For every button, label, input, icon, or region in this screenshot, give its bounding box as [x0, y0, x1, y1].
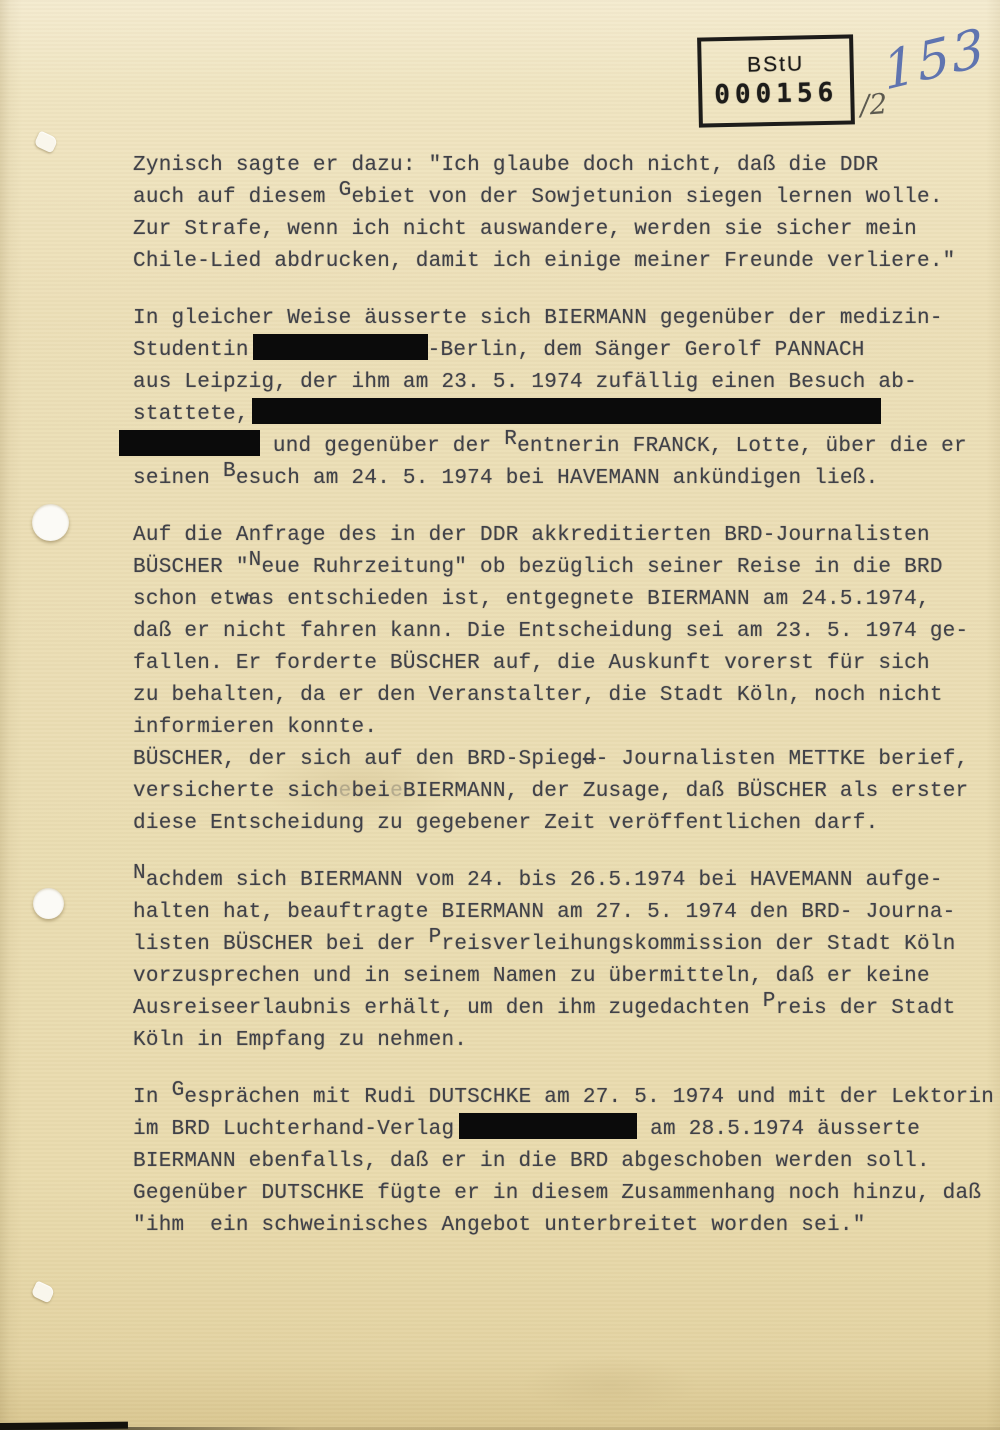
raised-letter: P [763, 990, 776, 1013]
text-line: diese Entscheidung zu gegebener Zeit ver… [133, 808, 995, 840]
text-line: Chile-Lied abdrucken, damit ich einige m… [133, 246, 995, 278]
punch-hole [32, 504, 69, 541]
staple-mark [34, 131, 59, 154]
raised-letter: G [172, 1079, 185, 1102]
text-line: im BRD Luchterhand-Verlag am 28.5.1974 ä… [133, 1114, 995, 1146]
text-line: daß er nicht fahren kann. Die Entscheidu… [133, 616, 995, 648]
text-line: In gleicher Weise äusserte sich BIERMANN… [133, 303, 995, 335]
text-line: Zynisch sagte er dazu: "Ich glaube doch … [133, 150, 995, 182]
text-line: seinen Besuch am 24. 5. 1974 bei HAVEMAN… [133, 463, 995, 495]
paragraph: In gleicher Weise äusserte sich BIERMANN… [133, 303, 995, 495]
staple-mark [31, 1281, 56, 1304]
raised-letter: R [504, 428, 517, 451]
text-line: informieren konnte. [133, 712, 995, 744]
erased-ghost-letter: e [390, 780, 403, 803]
stamp-number: 000156 [714, 78, 839, 111]
redaction-bar [119, 430, 260, 456]
text-line: listen BÜSCHER bei der Preisverleihungsk… [133, 929, 995, 961]
redaction-bar [253, 334, 428, 360]
paragraph: In Gesprächen mit Rudi DUTSCHKE am 27. 5… [133, 1082, 995, 1242]
scanned-page: BStU 000156 153 /2 Zynisch sagte er dazu… [0, 0, 1000, 1430]
text-line: versicherte sichebeieBIERMANN, der Zusag… [133, 776, 995, 808]
text-line: Zur Strafe, wenn ich nicht auswandere, w… [133, 214, 995, 246]
text-line: In Gesprächen mit Rudi DUTSCHKE am 27. 5… [133, 1082, 995, 1114]
paragraph: Auf die Anfrage des in der DDR akkrediti… [133, 520, 995, 840]
text-line: schon etwans entschieden ist, entgegnete… [133, 584, 995, 616]
scan-edge-corner [0, 1422, 128, 1430]
raised-letter: G [339, 179, 352, 202]
redaction-bar [459, 1113, 637, 1139]
pencil-page-number: /2 [859, 87, 888, 122]
text-line: BÜSCHER, der sich auf den BRD-Spiegd- Jo… [133, 744, 995, 776]
text-line: BIERMANN ebenfalls, daß er in die BRD ab… [133, 1146, 995, 1178]
paragraph: Zynisch sagte er dazu: "Ich glaube doch … [133, 150, 995, 278]
text-line: auch auf diesem Gebiet von der Sowjetuni… [133, 182, 995, 214]
text-line: fallen. Er forderte BÜSCHER auf, die Aus… [133, 648, 995, 680]
bstu-stamp: BStU 000156 [697, 34, 855, 127]
raised-letter: N [133, 862, 146, 885]
raised-letter: N [249, 549, 262, 572]
text-line: aus Leipzig, der ihm am 23. 5. 1974 zufä… [133, 367, 995, 399]
text-line: stattete, [133, 399, 995, 431]
text-line: Nachdem sich BIERMANN vom 24. bis 26.5.1… [133, 865, 995, 897]
text-line: halten hat, beauftragte BIERMANN am 27. … [133, 897, 995, 929]
stamp-label: BStU [747, 52, 805, 77]
text-line: BÜSCHER "Neue Ruhrzeitung" ob bezüglich … [133, 552, 995, 584]
text-line: "ihm ein schweinisches Angebot unterbrei… [133, 1210, 995, 1242]
text-line: und gegenüber der Rentnerin FRANCK, Lott… [133, 431, 995, 463]
paper-stain [520, 1355, 700, 1415]
text-line: Ausreiseerlaubnis erhält, um den ihm zug… [133, 993, 995, 1025]
raised-letter: P [429, 926, 442, 949]
handwritten-page-number: 153 [880, 17, 988, 103]
text-line: zu behalten, da er den Veranstalter, die… [133, 680, 995, 712]
erased-ghost-letter: e [339, 780, 352, 803]
text-line: Köln in Empfang zu nehmen. [133, 1025, 995, 1057]
text-line: Studentin-Berlin, dem Sänger Gerolf PANN… [133, 335, 995, 367]
document-body: Zynisch sagte er dazu: "Ich glaube doch … [133, 150, 995, 1267]
text-line: Gegenüber DUTSCHKE fügte er in diesem Zu… [133, 1178, 995, 1210]
punch-hole [33, 888, 64, 919]
raised-letter: B [223, 460, 236, 483]
paragraph: Nachdem sich BIERMANN vom 24. bis 26.5.1… [133, 865, 995, 1057]
struck-letter: d [583, 748, 596, 771]
redaction-bar [252, 398, 881, 424]
text-line: Auf die Anfrage des in der DDR akkrediti… [133, 520, 995, 552]
text-line: vorzusprechen und in seinem Namen zu übe… [133, 961, 995, 993]
